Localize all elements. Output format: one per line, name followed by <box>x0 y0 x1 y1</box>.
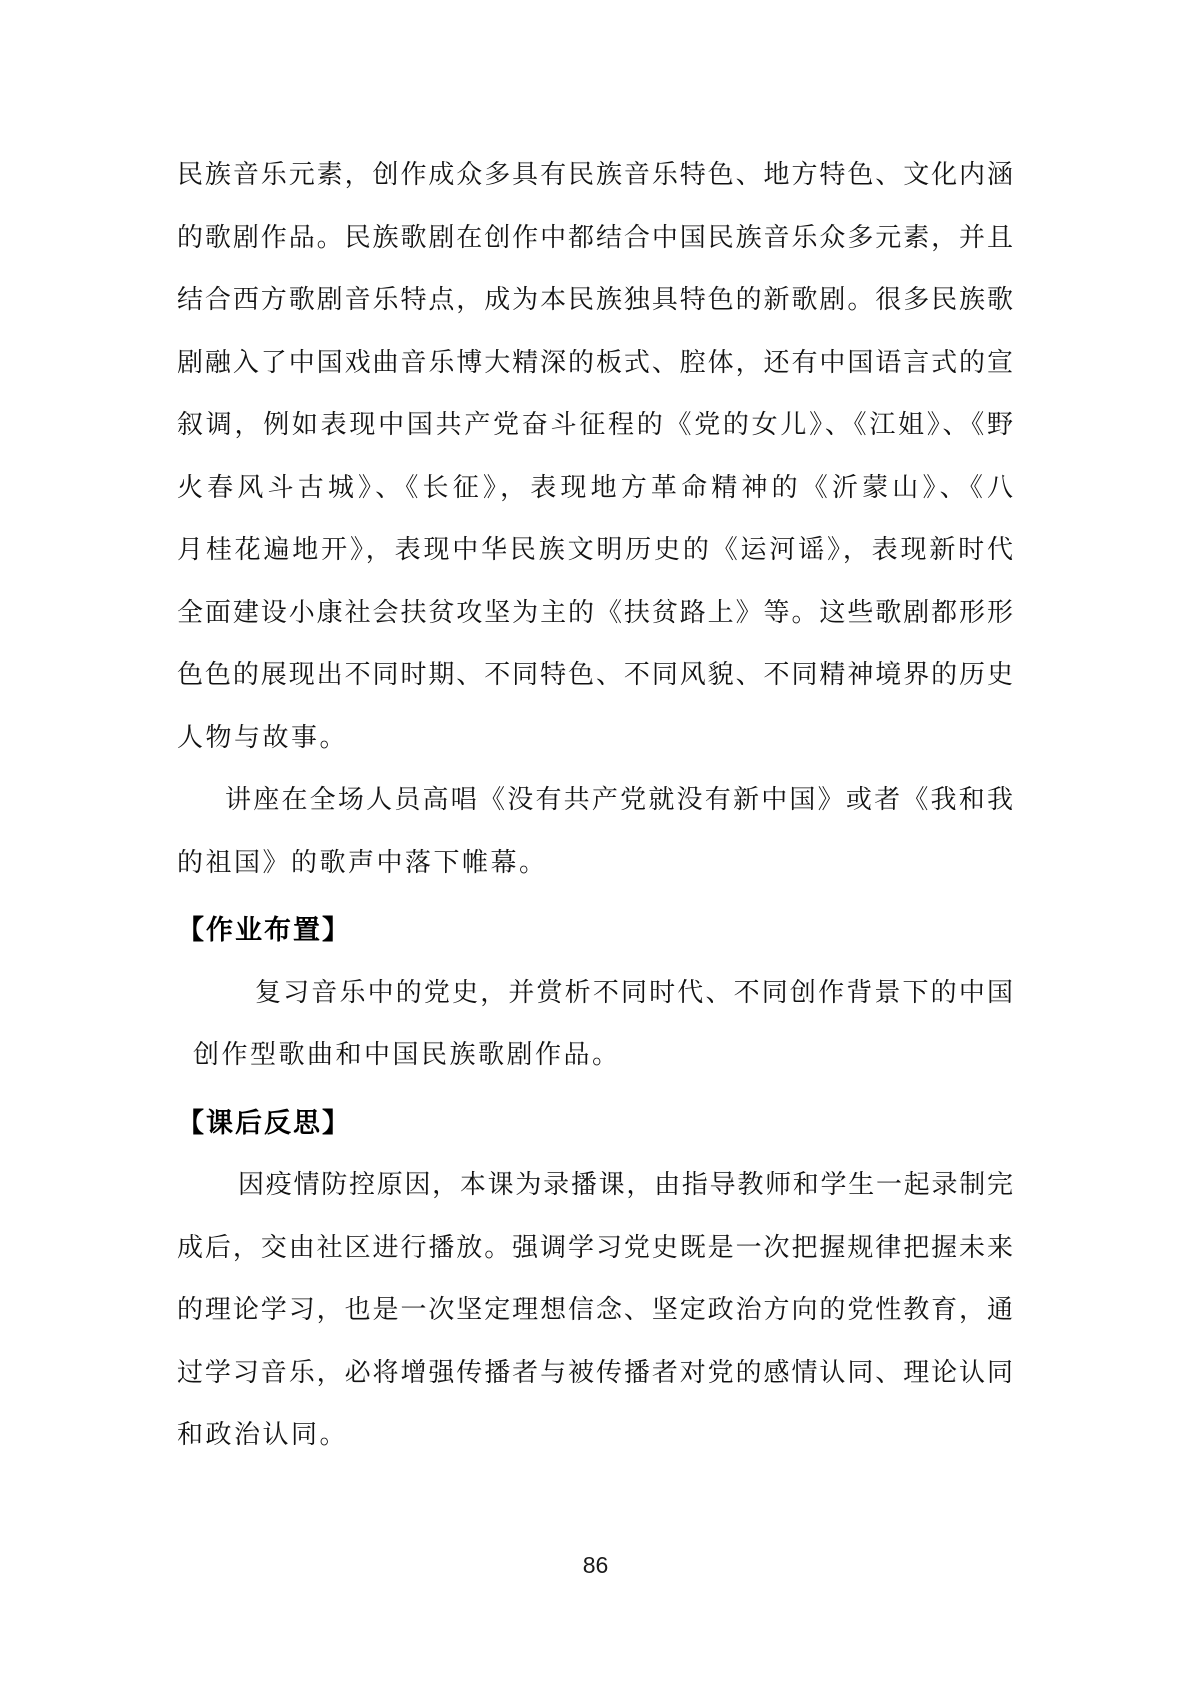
page-body-text: 民族音乐元素，创作成众多具有民族音乐特色、地方特色、文化内涵 的歌剧作品。民族歌… <box>177 144 1013 1467</box>
page-number: 86 <box>0 1552 1191 1579</box>
body-line: 民族音乐元素，创作成众多具有民族音乐特色、地方特色、文化内涵 <box>177 144 1013 207</box>
body-line: 结合西方歌剧音乐特点，成为本民族独具特色的新歌剧。很多民族歌 <box>177 269 1013 332</box>
body-line: 讲座在全场人员高唱《没有共产党就没有新中国》或者《我和我 <box>177 769 1013 832</box>
paragraph-opera: 民族音乐元素，创作成众多具有民族音乐特色、地方特色、文化内涵 的歌剧作品。民族歌… <box>177 144 1013 769</box>
paragraph-reflection: 因疫情防控原因，本课为录播课，由指导教师和学生一起录制完 成后，交由社区进行播放… <box>177 1154 1013 1467</box>
reflection-section-heading: 【课后反思】 <box>177 1092 1013 1155</box>
body-line: 成后，交由社区进行播放。强调学习党史既是一次把握规律把握未来 <box>177 1217 1013 1280</box>
body-line: 过学习音乐，必将增强传播者与被传播者对党的感情认同、理论认同 <box>177 1342 1013 1405</box>
body-line: 的理论学习，也是一次坚定理想信念、坚定政治方向的党性教育，通 <box>177 1279 1013 1342</box>
body-line: 和政治认同。 <box>177 1404 1013 1467</box>
paragraph-homework: 复习音乐中的党史，并赏析不同时代、不同创作背景下的中国 创作型歌曲和中国民族歌剧… <box>177 962 1013 1087</box>
body-line: 人物与故事。 <box>177 707 1013 770</box>
homework-section-heading: 【作业布置】 <box>177 899 1013 962</box>
body-line: 复习音乐中的党史，并赏析不同时代、不同创作背景下的中国 <box>177 962 1013 1025</box>
paragraph-lecture-close: 讲座在全场人员高唱《没有共产党就没有新中国》或者《我和我 的祖国》的歌声中落下帷… <box>177 769 1013 894</box>
body-line: 因疫情防控原因，本课为录播课，由指导教师和学生一起录制完 <box>177 1154 1013 1217</box>
body-line: 的歌剧作品。民族歌剧在创作中都结合中国民族音乐众多元素，并且 <box>177 207 1013 270</box>
body-line: 色色的展现出不同时期、不同特色、不同风貌、不同精神境界的历史 <box>177 644 1013 707</box>
body-line: 创作型歌曲和中国民族歌剧作品。 <box>193 1024 1013 1087</box>
body-line: 剧融入了中国戏曲音乐博大精深的板式、腔体，还有中国语言式的宣 <box>177 332 1013 395</box>
body-line: 的祖国》的歌声中落下帷幕。 <box>177 832 1013 895</box>
body-line: 火春风斗古城》、《长征》，表现地方革命精神的《沂蒙山》、《八 <box>177 457 1013 520</box>
body-line: 月桂花遍地开》，表现中华民族文明历史的《运河谣》，表现新时代 <box>177 519 1013 582</box>
body-line: 全面建设小康社会扶贫攻坚为主的《扶贫路上》等。这些歌剧都形形 <box>177 582 1013 645</box>
document-page: 民族音乐元素，创作成众多具有民族音乐特色、地方特色、文化内涵 的歌剧作品。民族歌… <box>0 0 1191 1684</box>
body-line: 叙调，例如表现中国共产党奋斗征程的《党的女儿》、《江姐》、《野 <box>177 394 1013 457</box>
